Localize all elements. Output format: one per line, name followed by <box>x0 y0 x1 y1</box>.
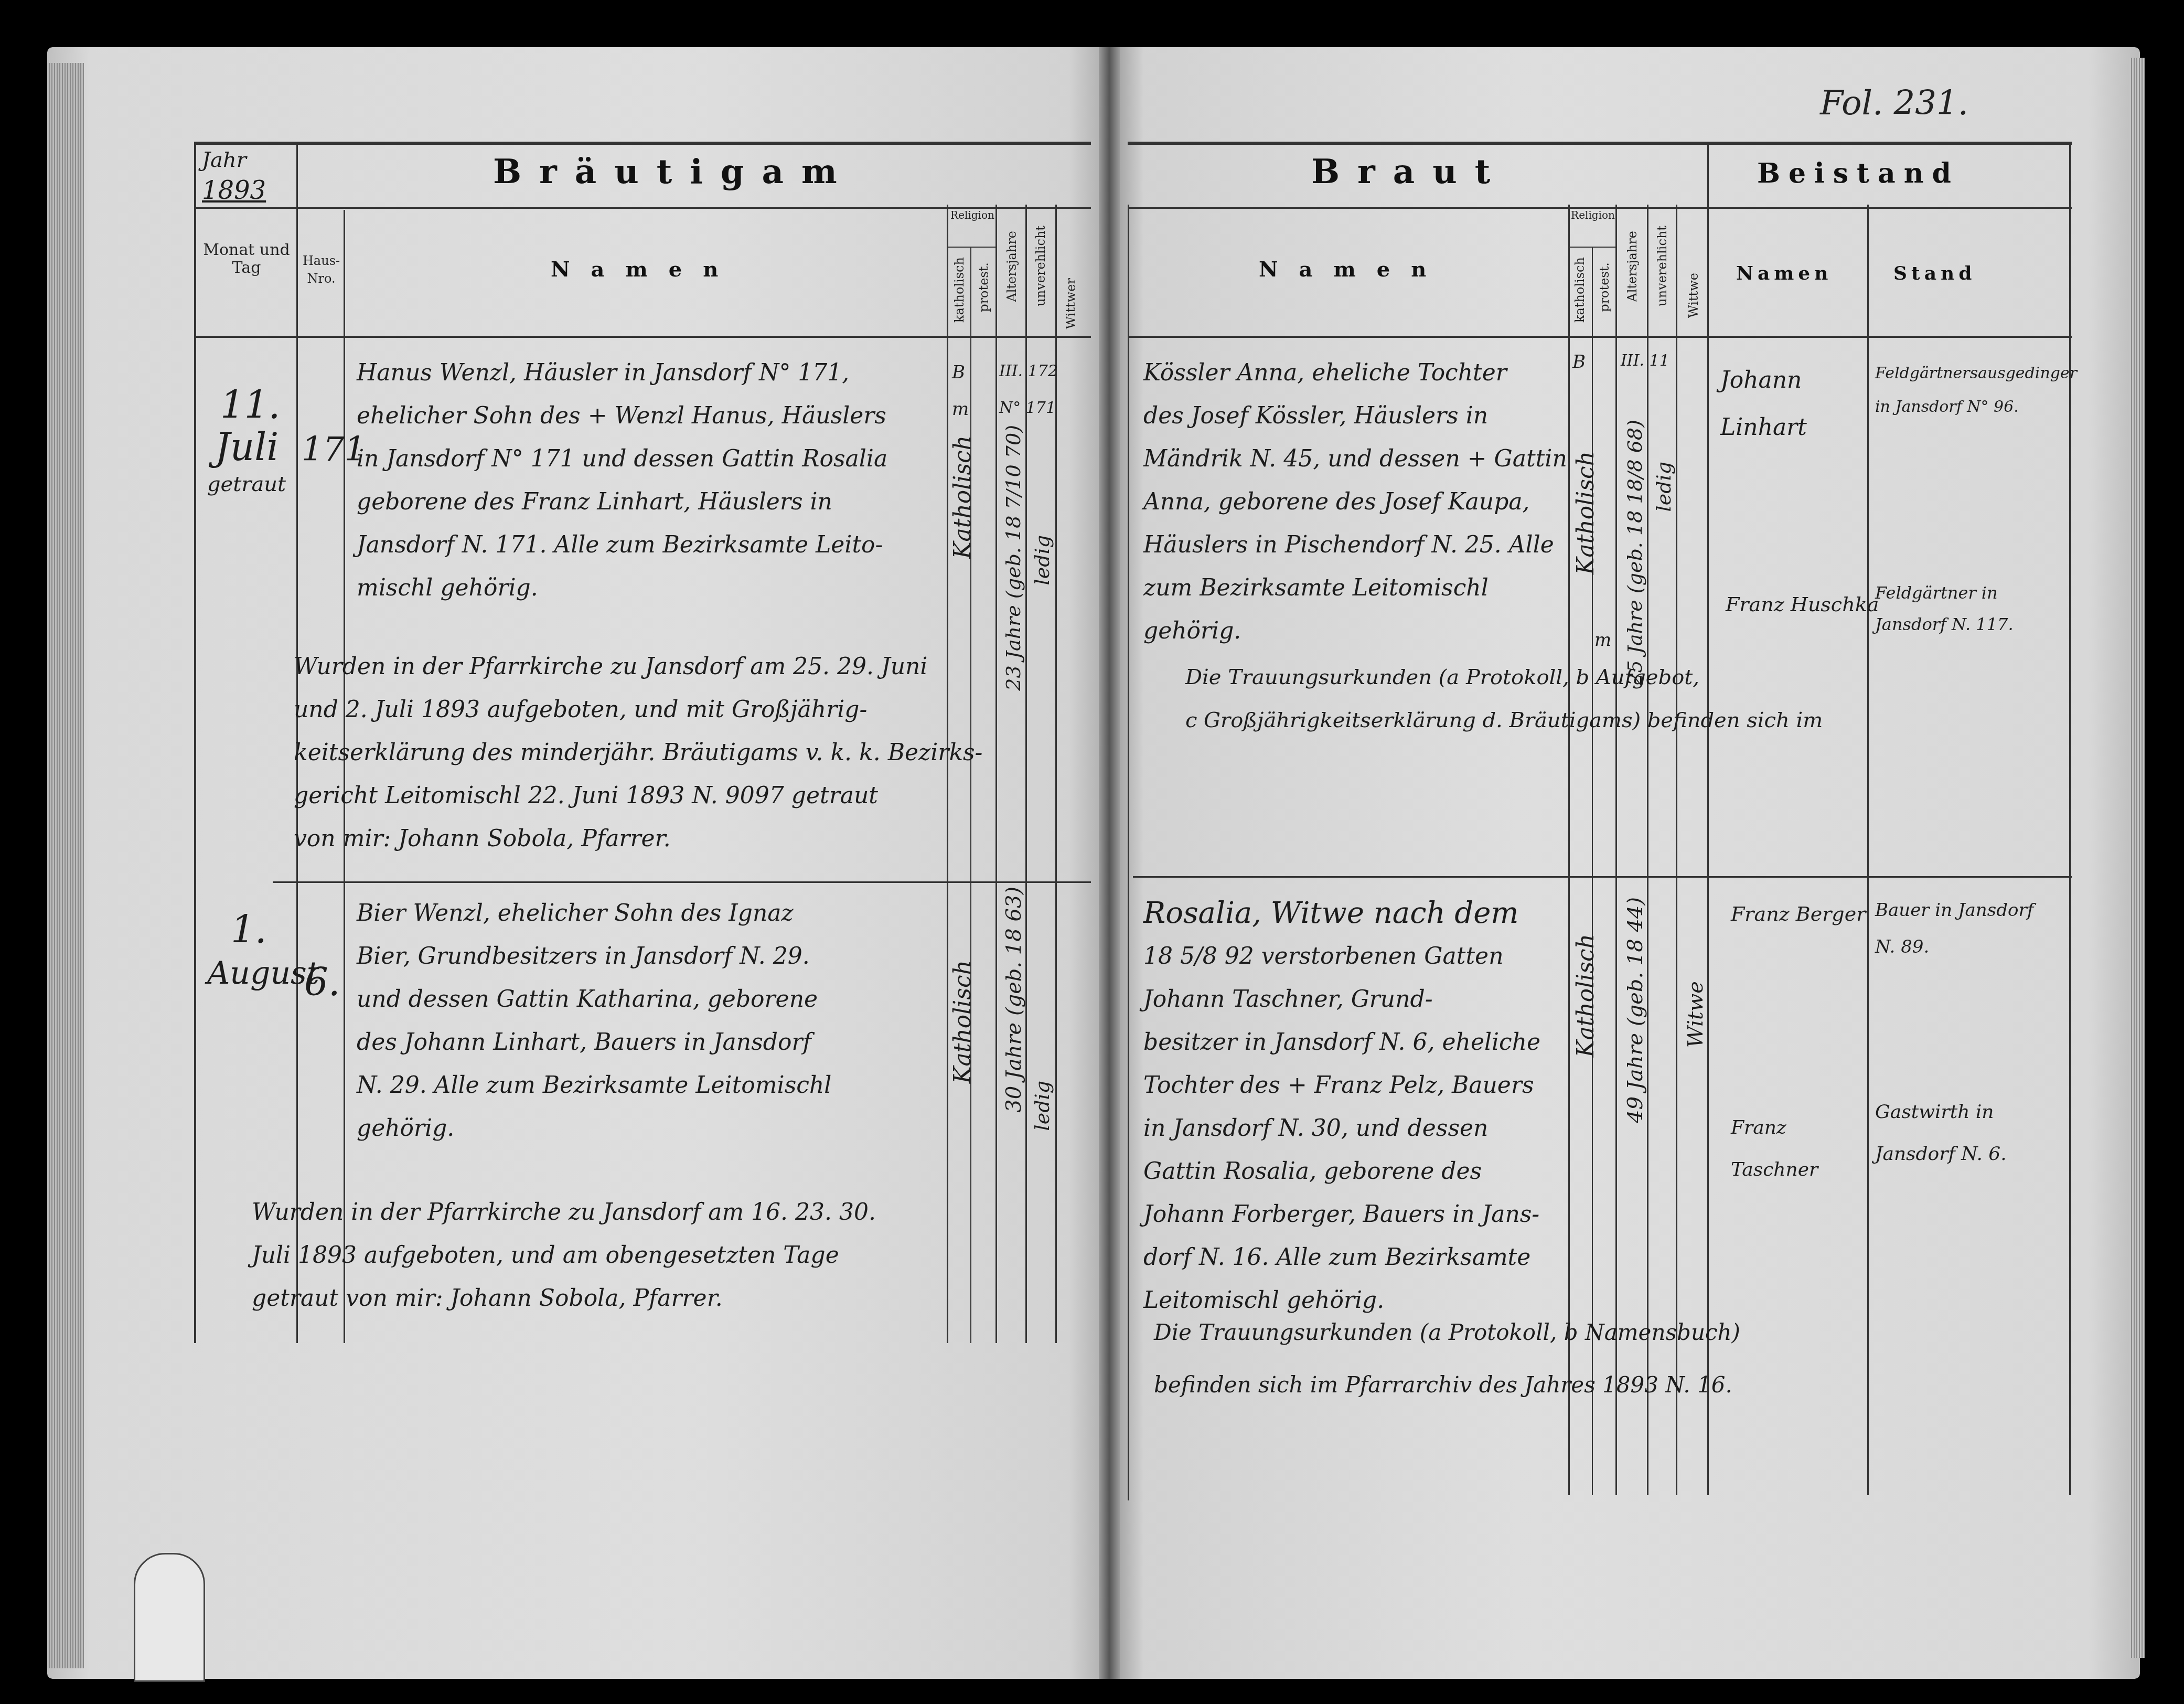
rule <box>1128 336 2072 338</box>
text-line: mischl gehörig. <box>357 567 887 610</box>
book-gutter <box>1099 47 1120 1679</box>
margin-mark: N° 171 <box>999 399 1056 417</box>
age-note: 25 Jahre (geb. 18 18/8 68) <box>1623 420 1646 686</box>
witness-status: Bauer in Jansdorf N. 89. <box>1875 892 2053 965</box>
age-note: 49 Jahre (geb. 18 44) <box>1623 897 1647 1123</box>
text-line: Wurden in der Pfarrkirche zu Jansdorf am… <box>294 645 983 688</box>
rule <box>194 142 196 1343</box>
rule <box>1133 876 2072 878</box>
text-line: besitzer in Jansdorf N. 6, eheliche <box>1143 1021 1540 1064</box>
house-number: 171 <box>302 430 366 469</box>
witness-status: Gastwirth in Jansdorf N. 6. <box>1875 1091 2053 1175</box>
text-line: N. 29. Alle zum Bezirksamte Leitomischl <box>357 1064 831 1107</box>
text-line: Juli 1893 aufgeboten, und am obengesetzt… <box>252 1234 876 1277</box>
rule <box>1676 205 1677 1495</box>
text-line: Häuslers in Pischendorf N. 25. Alle <box>1143 524 1567 567</box>
religion-mark: Katholisch <box>1572 451 1599 574</box>
text-line: Tochter des + Franz Pelz, Bauers <box>1143 1064 1540 1107</box>
col-age: Altersjahre <box>1625 231 1640 302</box>
margin-mark: III. 11 <box>1621 352 1669 370</box>
rule <box>995 205 997 1343</box>
text-line: Johann Forberger, Bauers in Jans- <box>1143 1193 1540 1236</box>
religion-mark: Katholisch <box>949 435 976 559</box>
groom-name-text: Hanus Wenzl, Häusler in Jansdorf N° 171,… <box>357 352 887 610</box>
col-unmarried: unverehlicht <box>1655 226 1669 306</box>
margin-mark: m <box>1594 630 1611 651</box>
text-line: und dessen Gattin Katharina, geborene <box>357 978 831 1021</box>
text-line: Wurden in der Pfarrkirche zu Jansdorf am… <box>252 1191 876 1234</box>
religion-mark: Katholisch <box>949 960 976 1083</box>
bride-remark-text: Die Trauungsurkunden (a Protokoll, b Nam… <box>1154 1306 1740 1411</box>
rule <box>1568 205 1570 1495</box>
witness-name: Johann Linhart <box>1720 357 1862 451</box>
entry-date-month: August <box>207 955 319 992</box>
col-widow: Wittwe <box>1686 273 1701 318</box>
witness-name: Franz Huschka <box>1726 593 1879 616</box>
bride-remark-text: Die Trauungsurkunden (a Protokoll, b Auf… <box>1185 656 1823 742</box>
col-age: Altersjahre <box>1004 231 1019 302</box>
rule <box>1647 205 1648 1495</box>
entry-date-day: 1. <box>231 908 267 952</box>
col-protestant: protest. <box>977 262 991 312</box>
col-catholic: katholisch <box>1572 257 1587 323</box>
text-line: gehörig. <box>357 1107 831 1150</box>
status-mark: Witwe <box>1684 981 1708 1048</box>
text-line: Kössler Anna, eheliche Tochter <box>1143 352 1567 395</box>
folio-number: Fol. 231. <box>1820 84 1968 123</box>
bookmark-tab <box>134 1553 205 1682</box>
text-line: von mir: Johann Sobola, Pfarrer. <box>294 817 983 860</box>
rule <box>1128 142 2072 145</box>
text-line: geborene des Franz Linhart, Häuslers in <box>357 481 887 524</box>
house-number: 6. <box>304 960 340 1004</box>
text-line: des Josef Kössler, Häuslers in <box>1143 395 1567 438</box>
text-line: Anna, geborene des Josef Kaupa, <box>1143 481 1567 524</box>
page-edges-left <box>47 63 84 1668</box>
text-line: c Großjährigkeitserklärung d. Bräutigams… <box>1185 699 1823 742</box>
entry-date-month: Juli <box>215 425 279 469</box>
col-month-day: Monat und Tag <box>199 241 294 277</box>
rule <box>1568 247 1616 248</box>
text-line: ehelicher Sohn des + Wenzl Hanus, Häusle… <box>357 395 887 438</box>
witness-section-title: Beistand <box>1757 157 1960 189</box>
col-unmarried: unverehlicht <box>1033 226 1048 306</box>
text-line: befinden sich im Pfarrarchiv des Jahres … <box>1154 1359 1740 1411</box>
text-line: getraut von mir: Johann Sobola, Pfarrer. <box>252 1277 876 1320</box>
text-line: Jansdorf N. 171. Alle zum Bezirksamte Le… <box>357 524 887 567</box>
rule <box>2069 142 2071 1495</box>
text-line: 18 5/8 92 verstorbenen Gatten <box>1143 935 1540 978</box>
text-line: dorf N. 16. Alle zum Bezirksamte <box>1143 1236 1540 1279</box>
margin-mark: m <box>952 399 969 420</box>
text-line: Bier Wenzl, ehelicher Sohn des Ignaz <box>357 892 831 935</box>
bride-section-title: Braut <box>1311 152 1508 191</box>
text-line: in Jansdorf N° 171 und dessen Gattin Ros… <box>357 438 887 481</box>
text-line: keitserklärung des minderjähr. Bräutigam… <box>294 731 983 774</box>
text-line: des Johann Linhart, Bauers in Jansdorf <box>357 1021 831 1064</box>
margin-mark: B <box>1572 352 1586 372</box>
text-line: Bier, Grundbesitzers in Jansdorf N. 29. <box>357 935 831 978</box>
status-mark: ledig <box>1652 462 1675 512</box>
rule <box>194 142 1091 145</box>
witness-name: Franz Taschner <box>1731 1107 1862 1191</box>
religion-mark: Katholisch <box>1572 934 1599 1057</box>
col-house-no: Haus-Nro. <box>299 252 344 287</box>
status-mark: ledig <box>1031 1081 1054 1131</box>
rule <box>947 247 997 248</box>
col-names: Namen <box>551 257 739 282</box>
text-line: gericht Leitomischl 22. Juni 1893 N. 909… <box>294 774 983 817</box>
year-value: 1893 <box>202 176 266 205</box>
text-line: Die Trauungsurkunden (a Protokoll, b Nam… <box>1154 1306 1740 1359</box>
col-witness-status: Stand <box>1893 262 1976 284</box>
text-line: in Jansdorf N. 30, und dessen <box>1143 1107 1540 1150</box>
age-note: 23 Jahre (geb. 18 7/10 70) <box>1002 425 1025 691</box>
col-religion: Religion <box>1570 209 1616 221</box>
col-protestant: protest. <box>1597 262 1612 312</box>
col-witness-names: Namen <box>1736 262 1832 284</box>
bride-name-text: Rosalia, Witwe nach dem 18 5/8 92 versto… <box>1143 892 1540 1322</box>
text-line: Mändrik N. 45, und dessen + Gattin <box>1143 438 1567 481</box>
rule <box>1615 205 1617 1495</box>
col-catholic: katholisch <box>952 257 967 323</box>
rule <box>194 336 1091 338</box>
bride-name-text: Kössler Anna, eheliche Tochter des Josef… <box>1143 352 1567 653</box>
text-line: und 2. Juli 1893 aufgeboten, und mit Gro… <box>294 688 983 731</box>
page-edges-right <box>2129 58 2145 1658</box>
rule <box>1867 205 1869 1495</box>
col-widower: Wittwer <box>1064 278 1078 329</box>
text-line: Rosalia, Witwe nach dem <box>1143 892 1540 935</box>
groom-name-text: Bier Wenzl, ehelicher Sohn des Ignaz Bie… <box>357 892 831 1150</box>
text-line: Johann Taschner, Grund- <box>1143 978 1540 1021</box>
text-line: Hanus Wenzl, Häusler in Jansdorf N° 171, <box>357 352 887 395</box>
entry-date-note: getraut <box>207 472 286 496</box>
groom-section-title: Bräutigam <box>493 152 855 191</box>
text-line: Gattin Rosalia, geborene des <box>1143 1150 1540 1193</box>
witness-status: Feldgärtnersausgedinger in Jansdorf N° 9… <box>1875 357 2053 424</box>
rule <box>273 881 1091 883</box>
margin-mark: III. 172 <box>999 362 1058 380</box>
status-mark: ledig <box>1031 535 1054 585</box>
groom-remark-text: Wurden in der Pfarrkirche zu Jansdorf am… <box>294 645 983 860</box>
groom-remark-text: Wurden in der Pfarrkirche zu Jansdorf am… <box>252 1191 876 1320</box>
rule <box>1128 205 1129 1500</box>
age-note: 30 Jahre (geb. 18 63) <box>1002 887 1026 1113</box>
rule <box>1707 142 1709 1495</box>
col-religion: Religion <box>948 209 997 221</box>
margin-mark: B <box>952 362 965 383</box>
text-line: Die Trauungsurkunden (a Protokoll, b Auf… <box>1185 656 1823 699</box>
text-line: zum Bezirksamte Leitomischl <box>1143 567 1567 610</box>
col-names: Namen <box>1259 257 1447 282</box>
text-line: gehörig. <box>1143 610 1567 653</box>
witness-name: Franz Berger <box>1731 902 1866 925</box>
witness-status: Feldgärtner in Jansdorf N. 117. <box>1875 577 2053 640</box>
year-label: Jahr <box>202 148 247 172</box>
entry-date-day: 11. <box>220 383 281 427</box>
